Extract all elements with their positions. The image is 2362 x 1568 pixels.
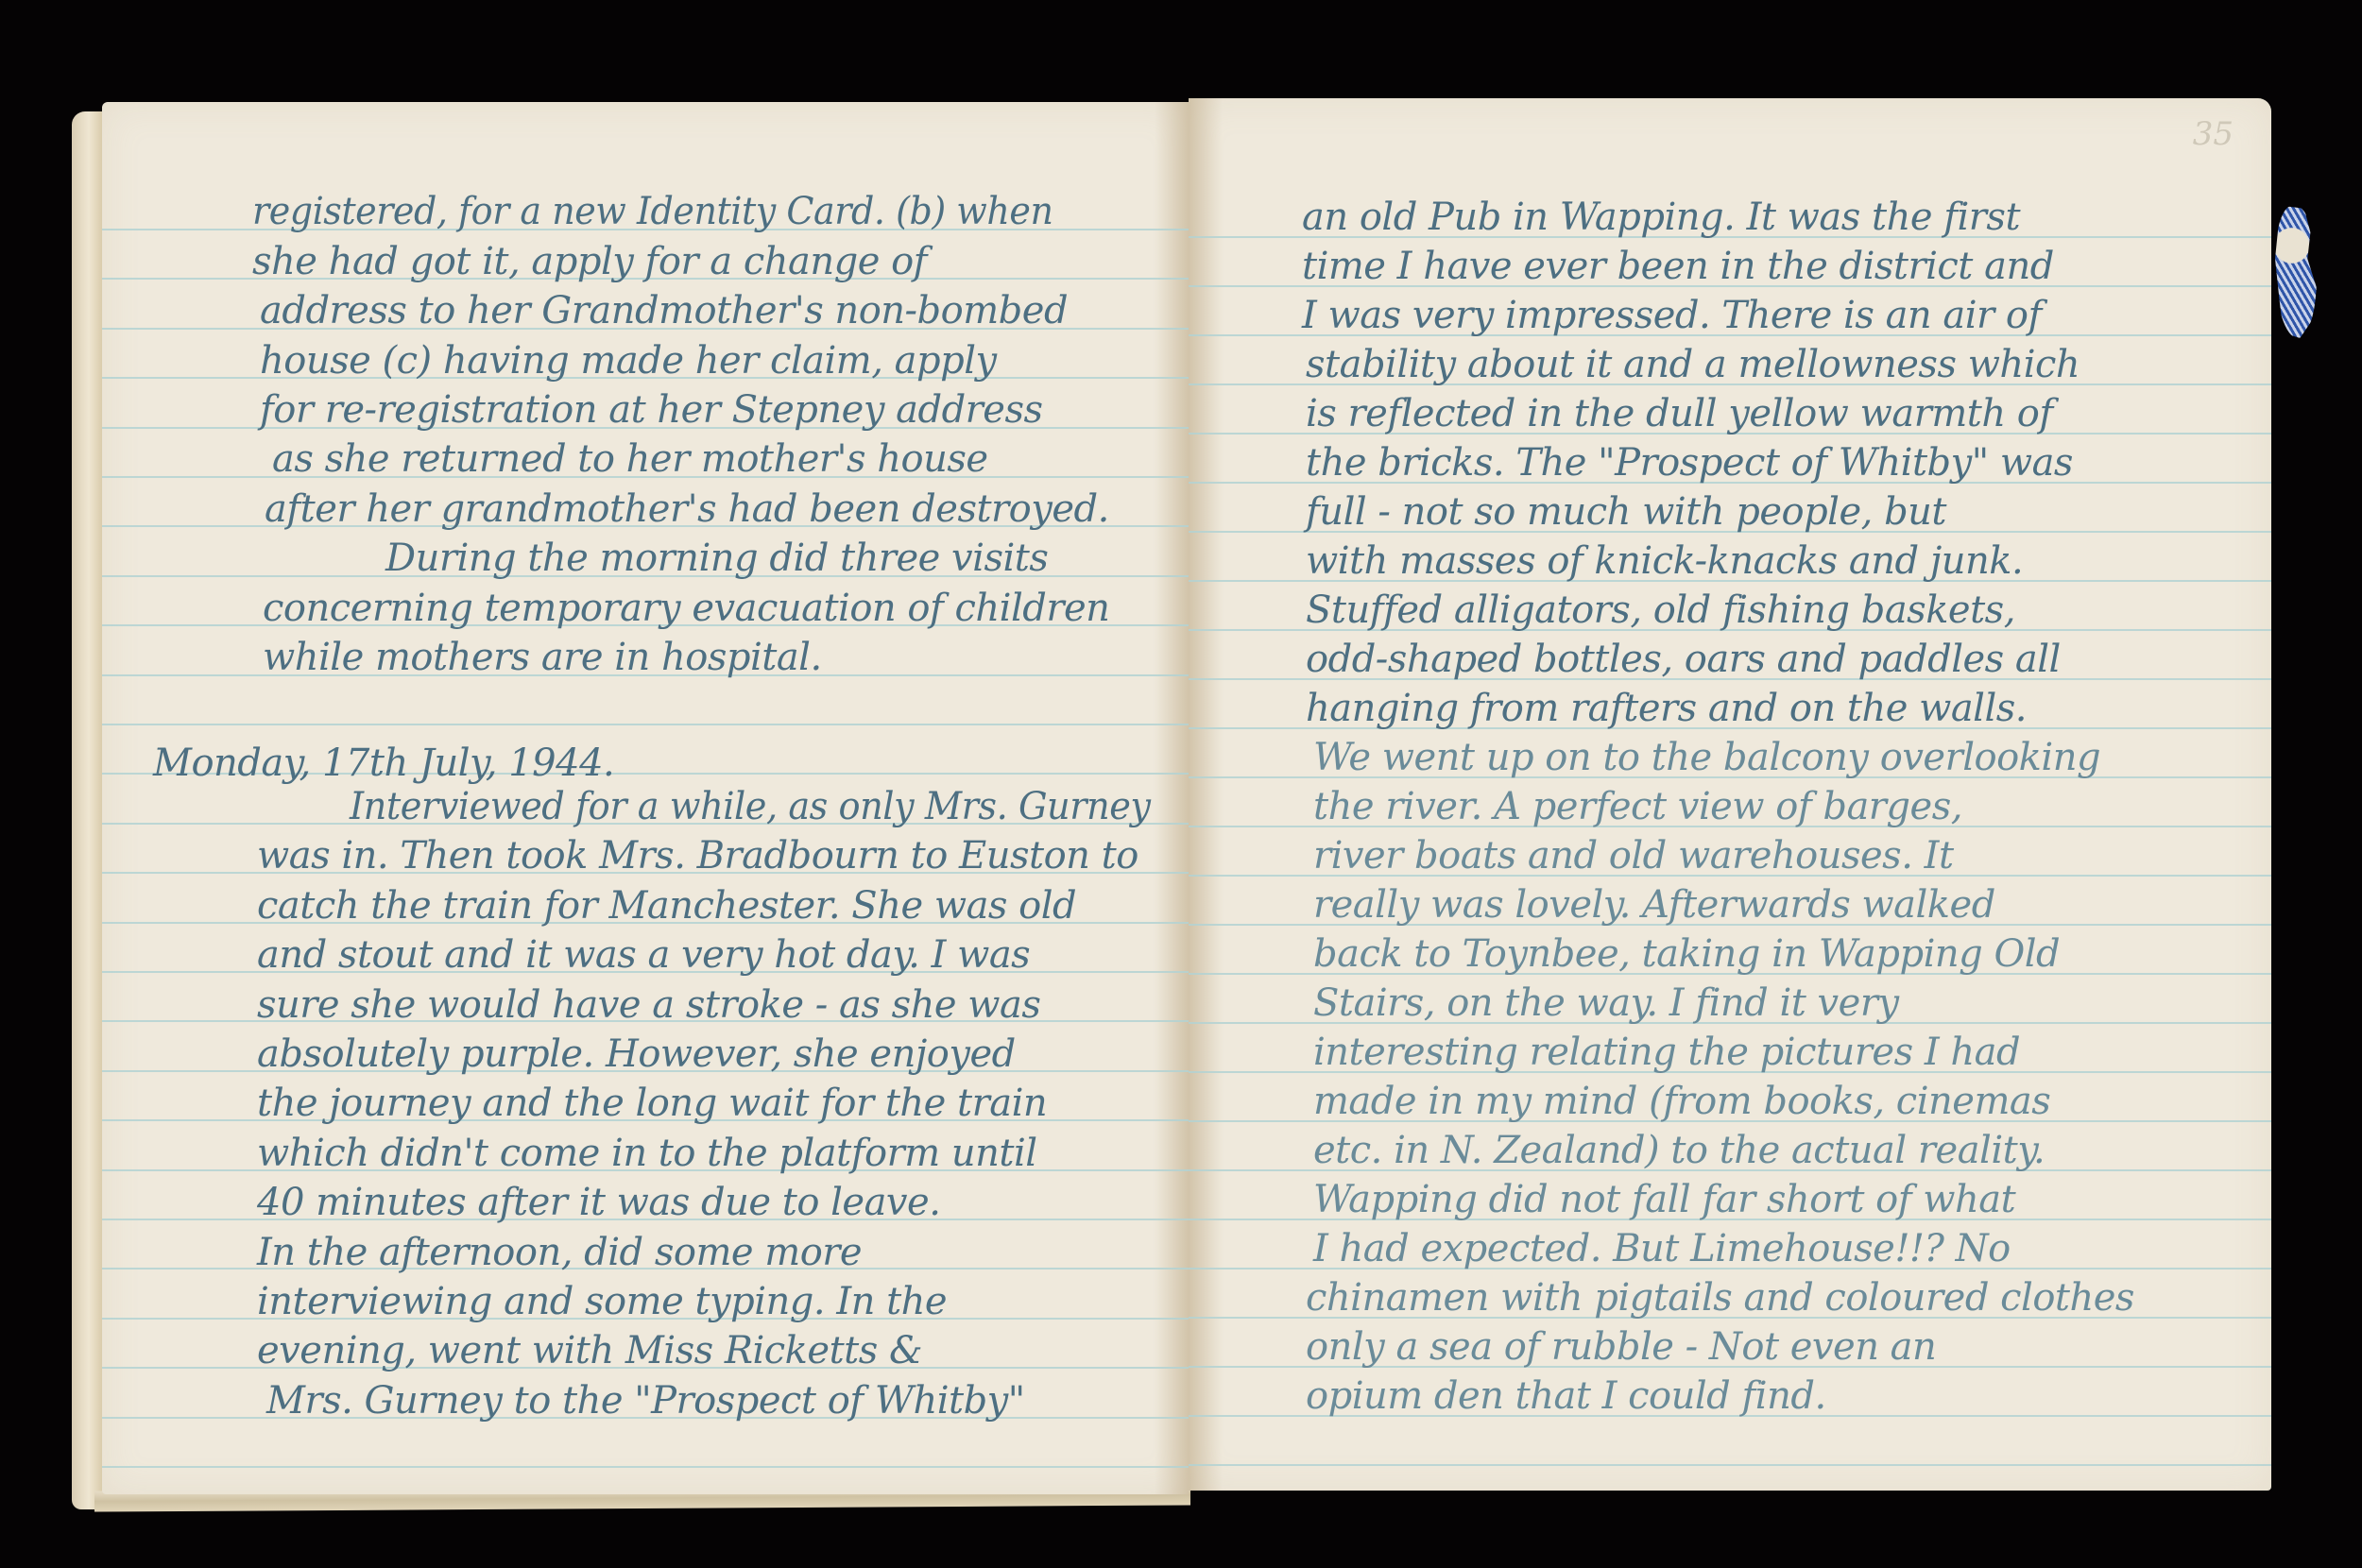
handwritten-line: which didn't come in to the platform unt…	[257, 1134, 1037, 1172]
handwritten-line: while mothers are in hospital.	[263, 639, 822, 676]
handwritten-line: catch the train for Manchester. She was …	[257, 887, 1076, 925]
handwritten-line: I was very impressed. There is an air of	[1302, 297, 2042, 334]
handwritten-line: is reflected in the dull yellow warmth o…	[1306, 395, 2053, 433]
handwritten-line: sure she would have a stroke - as she wa…	[257, 986, 1040, 1024]
handwritten-line: made in my mind (from books, cinemas	[1313, 1082, 2050, 1120]
page-number: 35	[2193, 115, 2234, 153]
handwritten-line: I had expected. But Limehouse!!? No	[1313, 1230, 2011, 1268]
handwritten-line: address to her Grandmother's non-bombed	[260, 292, 1068, 330]
handwritten-line: the bricks. The "Prospect of Whitby" was	[1306, 444, 2073, 482]
handwritten-line: stability about it and a mellowness whic…	[1306, 346, 2080, 383]
handwritten-line: Stairs, on the way. I find it very	[1313, 984, 1899, 1022]
handwritten-line: the river. A perfect view of barges,	[1313, 788, 1962, 826]
diary-date-heading: Monday, 17th July, 1944.	[153, 744, 614, 782]
handwritten-line: In the afternoon, did some more	[257, 1234, 862, 1271]
left-page: registered, for a new Identity Card. (b)…	[102, 102, 1189, 1494]
gutter-shadow-right	[1189, 98, 1223, 1491]
handwritten-line: absolutely purple. However, she enjoyed	[257, 1035, 1016, 1073]
handwritten-line: river boats and old warehouses. It	[1313, 837, 1954, 875]
handwritten-line: an old Pub in Wapping. It was the first	[1302, 198, 2020, 236]
handwritten-line: only a sea of rubble - Not even an	[1306, 1328, 1936, 1366]
ruled-line	[102, 724, 1189, 725]
handwritten-line: 40 minutes after it was due to leave.	[257, 1184, 940, 1221]
handwritten-line: evening, went with Miss Ricketts &	[257, 1332, 922, 1370]
handwritten-line: Wapping did not fall far short of what	[1313, 1181, 2015, 1219]
handwritten-line: house (c) having made her claim, apply	[260, 342, 997, 380]
blue-patterned-paper-fragment	[2275, 206, 2317, 338]
handwritten-line: odd-shaped bottles, oars and paddles all	[1306, 640, 2061, 678]
handwritten-line: chinamen with pigtails and coloured clot…	[1306, 1279, 2134, 1317]
handwritten-line: Mrs. Gurney to the "Prospect of Whitby"	[266, 1382, 1025, 1420]
handwritten-line: after her grandmother's had been destroy…	[265, 490, 1109, 528]
handwritten-line: she had got it, apply for a change of	[252, 243, 927, 281]
handwritten-line: as she returned to her mother's house	[272, 440, 988, 478]
handwritten-line: interesting relating the pictures I had	[1313, 1033, 2020, 1071]
handwritten-line: was in. Then took Mrs. Bradbourn to Eust…	[257, 837, 1138, 875]
gutter-shadow-left	[1155, 102, 1189, 1494]
handwritten-line: etc. in N. Zealand) to the actual realit…	[1313, 1132, 2045, 1169]
right-page: 35 an old Pub in Wapping. It was the fir…	[1189, 98, 2271, 1491]
handwritten-line: back to Toynbee, taking in Wapping Old	[1313, 935, 2060, 973]
handwritten-line: concerning temporary evacuation of child…	[263, 589, 1109, 627]
handwritten-line: During the morning did three visits	[385, 539, 1048, 577]
handwritten-line: Interviewed for a while, as only Mrs. Gu…	[350, 788, 1151, 826]
ruled-line	[102, 1466, 1189, 1468]
handwritten-line: really was lovely. Afterwards walked	[1313, 886, 1995, 924]
handwritten-line: for re-registration at her Stepney addre…	[260, 391, 1043, 429]
handwritten-line: hanging from rafters and on the walls.	[1306, 690, 2027, 727]
ruled-line	[1189, 1464, 2271, 1466]
handwritten-line: Stuffed alligators, old fishing baskets,	[1306, 591, 2015, 629]
handwritten-line: and stout and it was a very hot day. I w…	[257, 936, 1030, 974]
handwritten-line: We went up on to the balcony overlooking	[1313, 739, 2100, 776]
handwritten-line: full - not so much with people, but	[1306, 493, 1946, 531]
handwritten-line: with masses of knick-knacks and junk.	[1306, 542, 2023, 580]
handwritten-line: the journey and the long wait for the tr…	[257, 1084, 1047, 1122]
handwritten-line: interviewing and some typing. In the	[257, 1283, 947, 1321]
handwritten-line: registered, for a new Identity Card. (b)…	[252, 193, 1151, 230]
handwritten-line: time I have ever been in the district an…	[1302, 247, 2054, 285]
handwritten-line: opium den that I could find.	[1306, 1377, 1826, 1415]
